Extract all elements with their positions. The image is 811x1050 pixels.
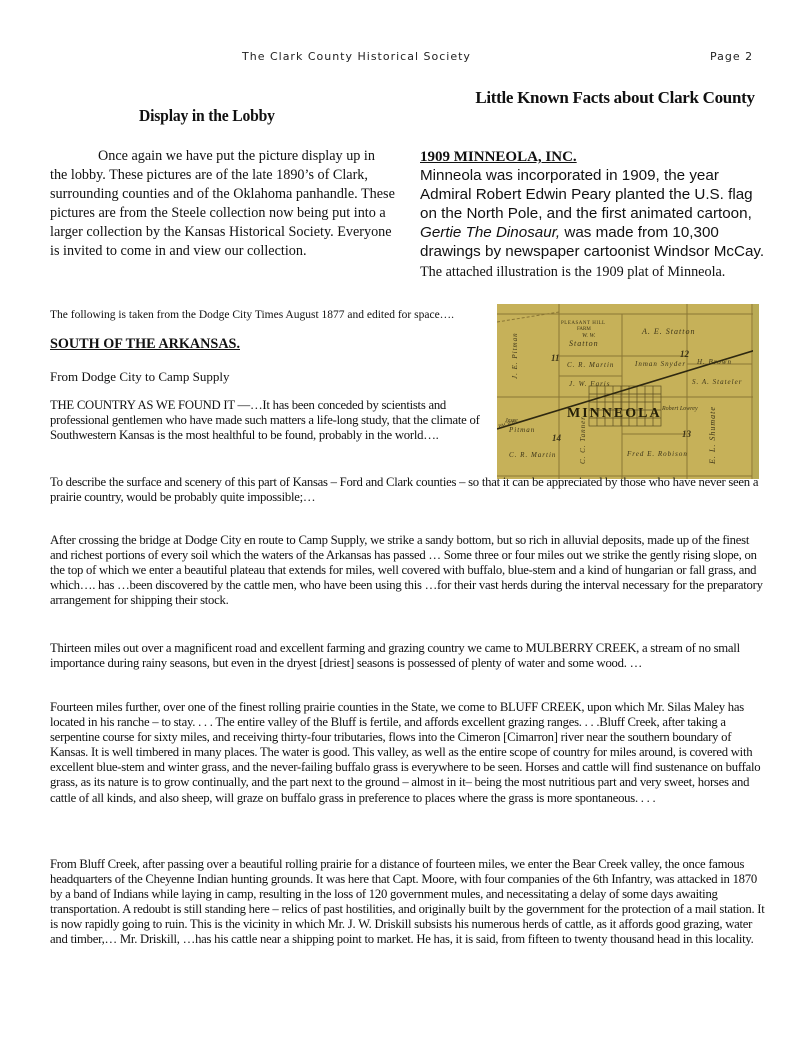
svg-text:11: 11 bbox=[551, 353, 560, 363]
plat-map-illustration: PLEASANT HILL FARM W. W. Statton A. E. S… bbox=[497, 304, 759, 479]
svg-text:Fred E. Robison: Fred E. Robison bbox=[626, 450, 688, 458]
article-intro: The following is taken from the Dodge Ci… bbox=[50, 309, 480, 322]
cartoon-title: Gertie The Dinosaur, bbox=[420, 224, 560, 241]
facts-paragraph: Minneola was incorporated in 1909, the y… bbox=[420, 166, 765, 282]
lobby-paragraph: Once again we have put the picture displ… bbox=[50, 147, 395, 262]
svg-text:Inman Snyder: Inman Snyder bbox=[634, 360, 686, 368]
map-edge bbox=[753, 304, 759, 479]
svg-text:J. E. Pitman: J. E. Pitman bbox=[511, 332, 519, 379]
svg-text:C. R. Martin: C. R. Martin bbox=[567, 361, 614, 369]
lobby-article: Once again we have put the picture displ… bbox=[50, 147, 395, 262]
article-paragraph: After crossing the bridge at Dodge City … bbox=[50, 533, 765, 608]
minneola-plat-map: PLEASANT HILL FARM W. W. Statton A. E. S… bbox=[497, 304, 759, 479]
article-paragraph: Fourteen miles further, over one of the … bbox=[50, 700, 765, 806]
article-route: From Dodge City to Camp Supply bbox=[50, 369, 229, 385]
article-paragraph: THE COUNTRY AS WE FOUND IT —…It has been… bbox=[50, 398, 490, 443]
svg-text:E. L. Shumate: E. L. Shumate bbox=[708, 406, 717, 465]
svg-text:Statton: Statton bbox=[569, 339, 599, 348]
svg-text:12: 12 bbox=[680, 349, 690, 359]
svg-text:S. A. Stateler: S. A. Stateler bbox=[692, 378, 742, 386]
svg-text:J. W. Faris: J. W. Faris bbox=[569, 380, 610, 388]
svg-text:PLEASANT HILL: PLEASANT HILL bbox=[561, 321, 606, 326]
svg-text:H. Brown: H. Brown bbox=[696, 358, 732, 366]
svg-text:13: 13 bbox=[682, 429, 692, 439]
article-heading: SOUTH OF THE ARKANSAS. bbox=[50, 336, 240, 353]
facts-article: 1909 MINNEOLA, INC. Minneola was incorpo… bbox=[420, 149, 765, 282]
facts-text-1: Minneola was incorporated in 1909, the y… bbox=[420, 167, 753, 222]
svg-text:C. R. Martin: C. R. Martin bbox=[509, 451, 556, 459]
svg-text:14: 14 bbox=[552, 433, 562, 443]
svg-text:Robert Lowrey: Robert Lowrey bbox=[661, 406, 698, 412]
facts-heading: Little Known Facts about Clark County bbox=[470, 87, 760, 108]
svg-text:Pitman: Pitman bbox=[508, 426, 535, 434]
publication-title: The Clark County Historical Society bbox=[242, 50, 471, 63]
article-paragraph: Thirteen miles out over a magnificent ro… bbox=[50, 641, 765, 671]
lobby-heading: Display in the Lobby bbox=[139, 106, 275, 126]
svg-text:C. C. Tanner: C. C. Tanner bbox=[579, 416, 587, 464]
facts-subheading: 1909 MINNEOLA, INC. bbox=[420, 149, 765, 166]
svg-text:A. E. Statton: A. E. Statton bbox=[641, 327, 695, 336]
svg-text:FARM: FARM bbox=[577, 327, 591, 332]
facts-text-3: The attached illustration is the 1909 pl… bbox=[420, 264, 725, 280]
article-paragraph: From Bluff Creek, after passing over a b… bbox=[50, 857, 765, 948]
svg-text:MINNEOLA: MINNEOLA bbox=[567, 406, 662, 421]
page-number: Page 2 bbox=[710, 50, 753, 63]
article-paragraph: To describe the surface and scenery of t… bbox=[50, 475, 765, 505]
